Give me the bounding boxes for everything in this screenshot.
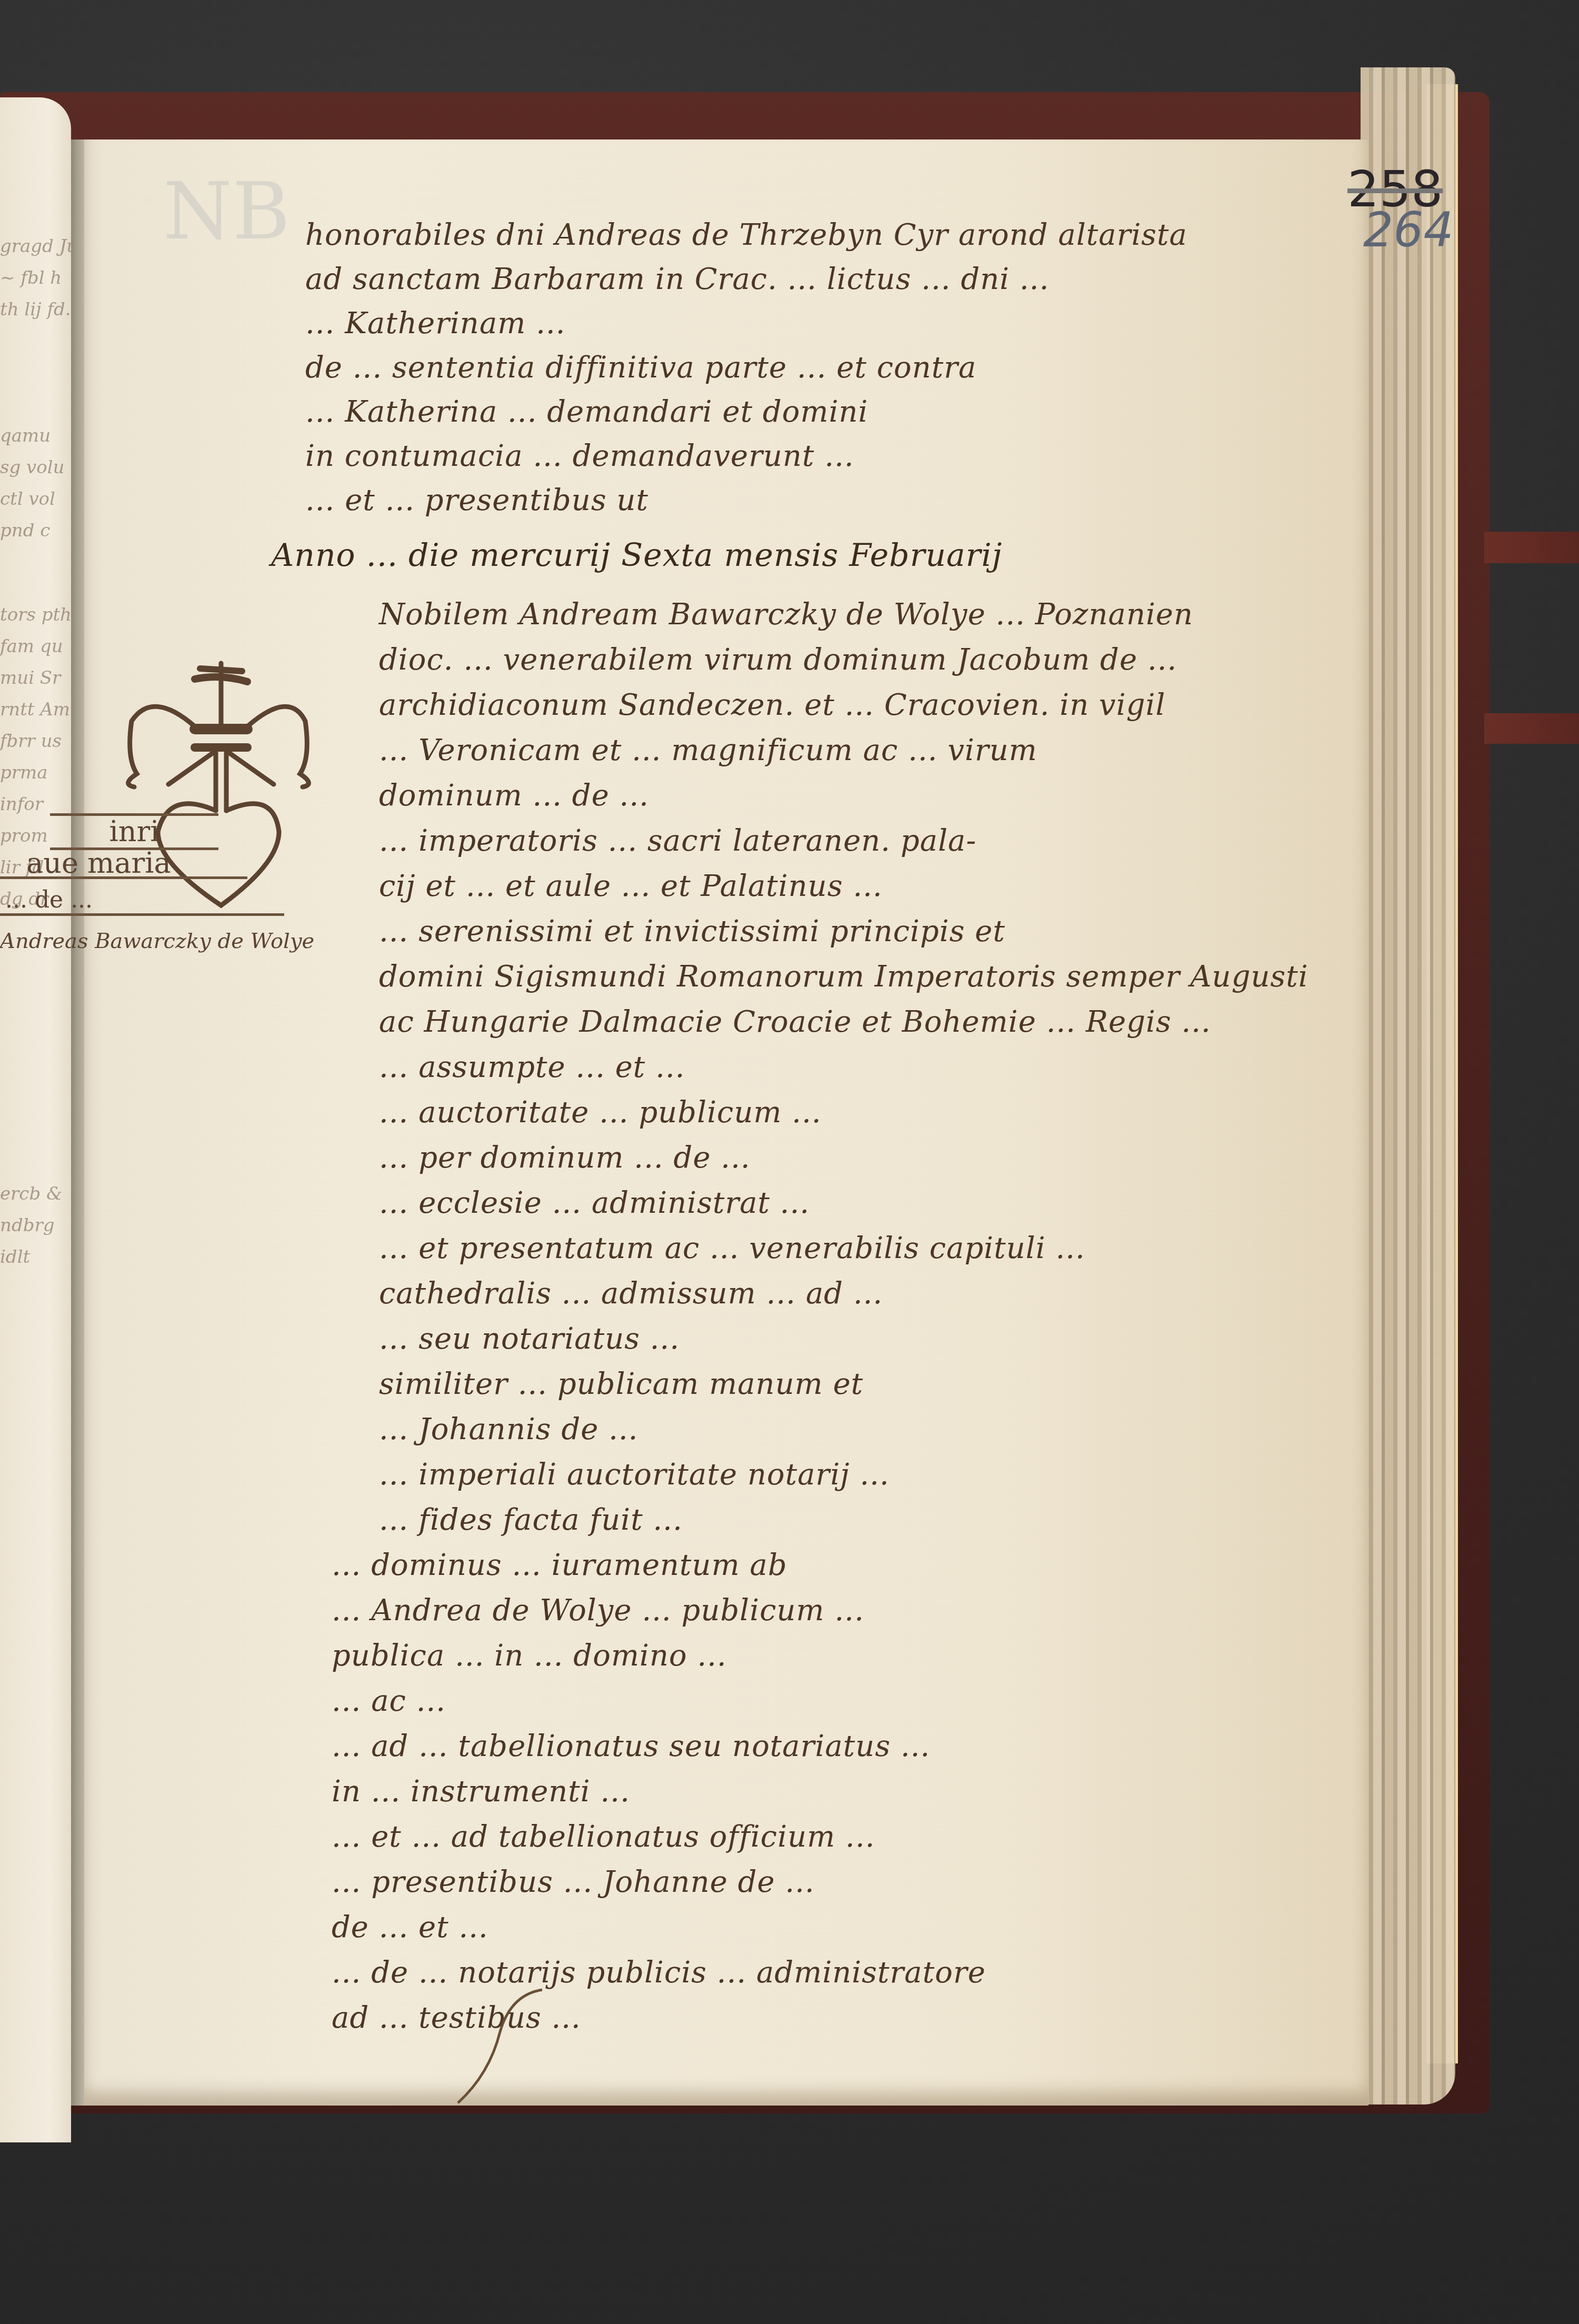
text-line: ... imperatoris ... sacri lateranen. pal… [379, 819, 1308, 864]
text-line: ad sanctam Barbaram in Crac. ... lictus … [305, 257, 1187, 302]
text-line: ... Johannis de ... [379, 1407, 1308, 1452]
text-line: ... dominus ... iuramentum ab [332, 1543, 1308, 1588]
verso-page-edge: gragd Jud ~ fbl h th lij fd. qamu sg vol… [0, 97, 71, 2142]
page-fore-edge [1361, 67, 1455, 2104]
text-line: ... assumpte ... et ... [379, 1045, 1308, 1090]
text-line: ... fides facta fuit ... [379, 1498, 1308, 1543]
bleed-through-mark: NB [163, 166, 290, 257]
text-line: ... serenissimi et invictissimi principi… [379, 909, 1308, 954]
text-line: honorabiles dni Andreas de Thrzebyn Cyr … [305, 213, 1187, 257]
text-line: ... et presentatum ac ... venerabilis ca… [379, 1226, 1308, 1271]
text-line: ... seu notariatus ... [379, 1316, 1308, 1362]
text-line: in ... instrumenti ... [332, 1769, 1308, 1814]
closing-flourish-icon [447, 1984, 553, 2106]
text-line: ... imperiali auctoritate notarij ... [379, 1452, 1308, 1498]
text-line: de ... et ... [332, 1905, 1308, 1950]
notary-signature: Andreas Bawarczky de Wolye [0, 929, 314, 953]
text-line: archidiaconum Sandeczen. et ... Cracovie… [379, 683, 1308, 728]
text-line: in contumacia ... demandaverunt ... [305, 434, 1187, 478]
text-line: ... ac ... [332, 1679, 1308, 1724]
text-line: ... Veronicam et ... magnificum ac ... v… [379, 728, 1308, 773]
text-line: ... auctoritate ... publicum ... [379, 1090, 1308, 1135]
text-line: ... ad ... tabellionatus seu notariatus … [332, 1724, 1308, 1769]
text-line: cathedralis ... admissum ... ad ... [379, 1271, 1308, 1316]
text-line: dominum ... de ... [379, 773, 1308, 819]
banner-ave-maria: aue maria [0, 847, 247, 879]
gutter-shadow [71, 139, 84, 2106]
text-line: similiter ... publicam manum et [379, 1362, 1308, 1407]
text-line: dioc. ... venerabilem virum dominum Jaco… [379, 637, 1308, 683]
text-line: publica ... in ... domino ... [332, 1633, 1308, 1679]
banner-inri: inri [50, 813, 218, 850]
text-line: ... et ... ad tabellionatus officium ... [332, 1814, 1308, 1860]
text-line: ... ecclesie ... administrat ... [379, 1181, 1308, 1226]
text-line: cij et ... et aule ... et Palatinus ... [379, 864, 1308, 909]
text-line: ... per dominum ... de ... [379, 1135, 1308, 1181]
leather-tab-lower [1484, 713, 1579, 744]
text-line: domini Sigismundi Romanorum Imperatoris … [379, 954, 1308, 1000]
text-line: Nobilem Andream Bawarczky de Wolye ... P… [379, 592, 1308, 637]
text-line: ... Andrea de Wolye ... publicum ... [332, 1588, 1308, 1633]
leather-tab-upper [1484, 532, 1579, 563]
text-line: ... presentibus ... Johanne de ... [332, 1860, 1308, 1905]
banner-motto: ... de ... [0, 884, 284, 916]
recto-page: NB 258 264 honorabiles dni Andreas de Th… [84, 139, 1368, 2106]
main-entry-text: Nobilem Andream Bawarczky de Wolye ... P… [379, 592, 1308, 2041]
text-line: ... Katherinam ... [305, 302, 1187, 346]
entry-date-heading: Anno ... die mercurij Sexta mensis Febru… [271, 537, 1002, 574]
text-line: ... et ... presentibus ut [305, 478, 1187, 523]
text-line: ... Katherina ... demandari et domini [305, 390, 1187, 434]
top-entry-text: honorabiles dni Andreas de Thrzebyn Cyr … [305, 213, 1187, 523]
text-line: de ... sententia diffinitiva parte ... e… [305, 346, 1187, 390]
text-line: ac Hungarie Dalmacie Croacie et Bohemie … [379, 1000, 1308, 1045]
folio-number-corrected: 264 [1363, 203, 1454, 258]
